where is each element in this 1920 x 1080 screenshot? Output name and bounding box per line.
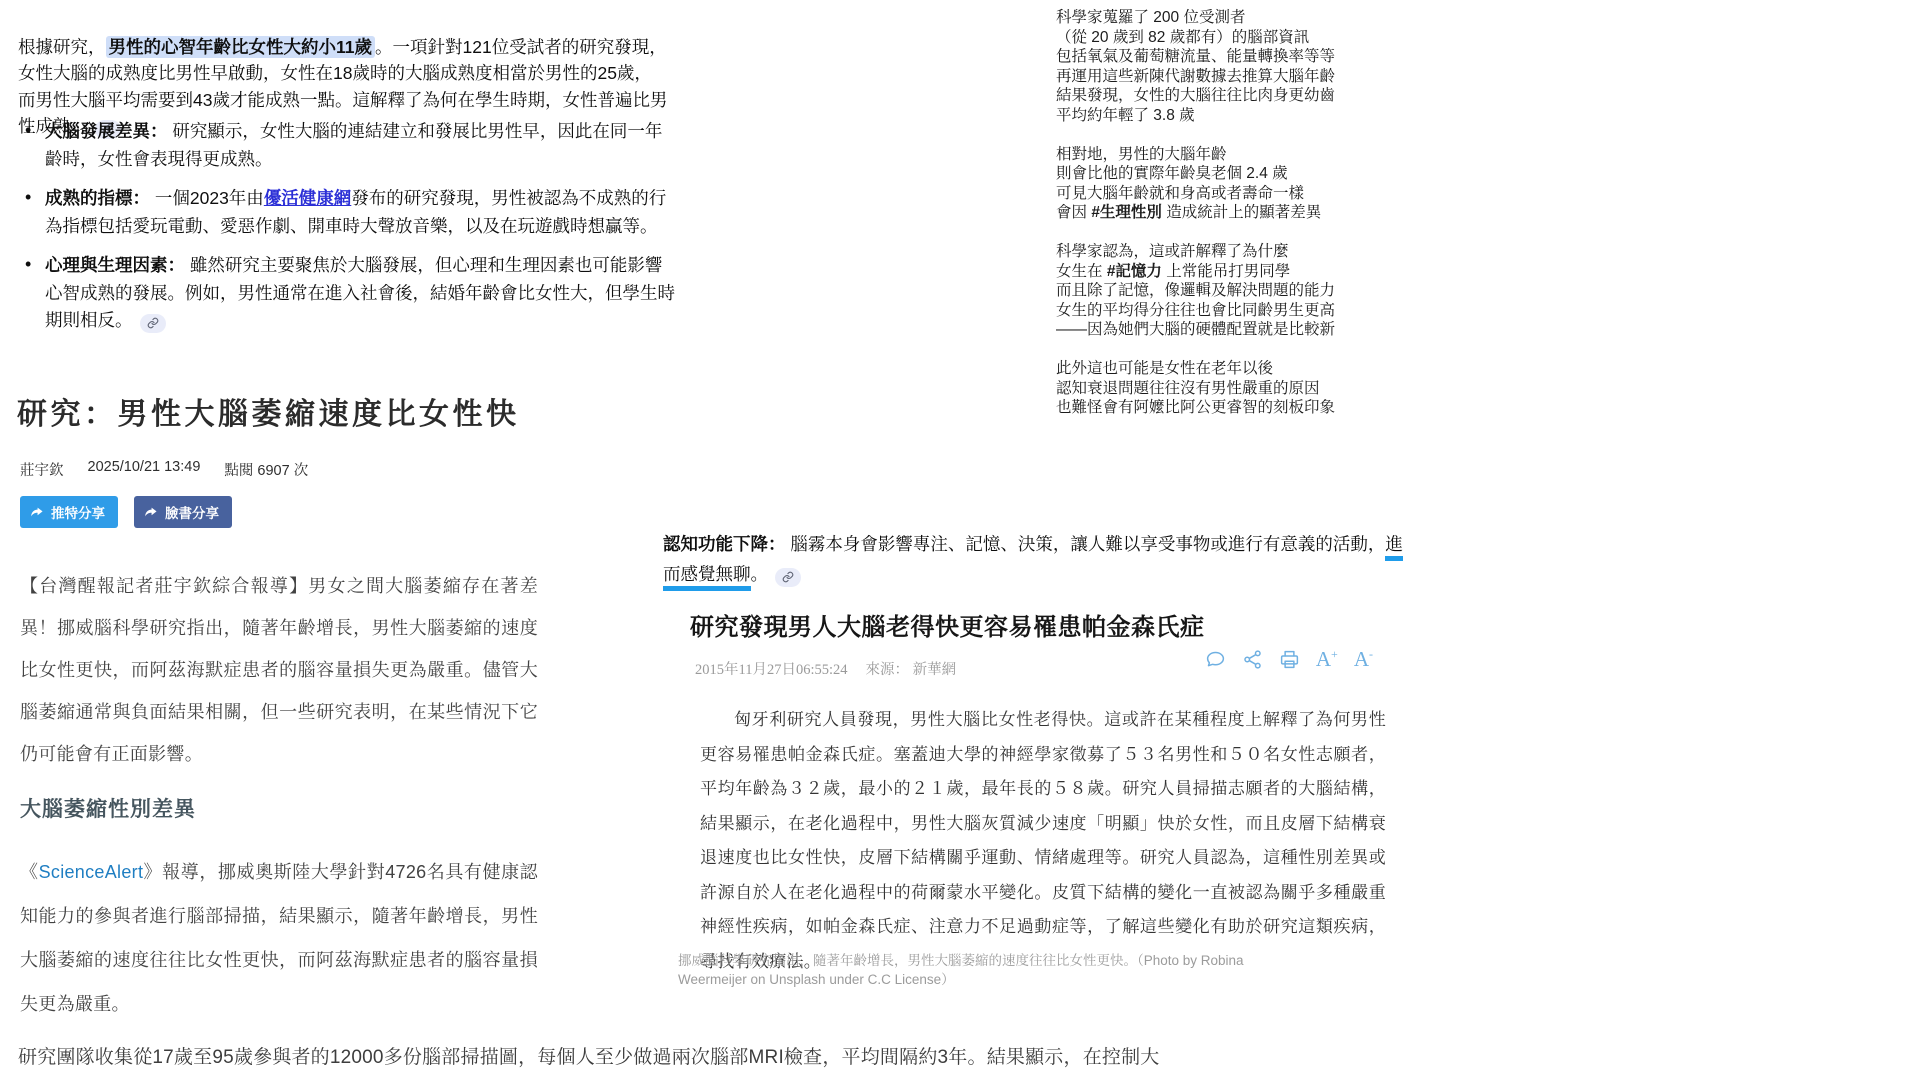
article2-toolbar: A+ A-	[1205, 648, 1373, 670]
chain-link-icon	[782, 571, 794, 583]
bullet-text-pre: 一個2023年由	[155, 188, 264, 208]
sciencealert-link[interactable]: ScienceAlert	[39, 862, 144, 882]
social-post: 科學家蒐羅了 200 位受測者（從 20 歲到 82 歲都有）的腦部資訊包括氧氣…	[1056, 8, 1416, 437]
cognition-note-title: 認知功能下降：	[663, 534, 786, 554]
article2-headline: 研究發現男人大腦老得快更容易罹患帕金森氏症	[690, 607, 1405, 642]
publish-datetime: 2025/10/21 13:49	[88, 459, 201, 480]
bracket-close: 》	[143, 862, 162, 882]
list-item: • 成熟的指標： 一個2023年由優活健康網發布的研究發現，男性被認為不成熟的行…	[18, 185, 678, 240]
bullet-dot: •	[25, 117, 31, 145]
font-increase-button[interactable]: A+	[1316, 648, 1338, 670]
article1-headline: 研究：男性大腦萎縮速度比女性快	[17, 389, 520, 433]
font-decrease-letter: A	[1354, 647, 1369, 671]
hashtag: #生理性別	[1091, 204, 1162, 221]
article1-paragraph3: 研究團隊收集從17歲至95歲參與者的12000多份腦部掃描圖，每個人至少做過兩次…	[18, 1042, 1908, 1069]
photo-caption: 挪威腦科學研究指出，隨著年齡增長，男性大腦萎縮的速度往往比女性更快。（Photo…	[678, 951, 1278, 989]
bullet-title: 大腦發展差異：	[45, 121, 168, 141]
cognition-note-body: 腦霧本身會影響專注、記憶、決策，讓人難以享受事物或進行有意義的活動，	[790, 534, 1385, 554]
post-stanza: 科學家蒐羅了 200 位受測者（從 20 歲到 82 歲都有）的腦部資訊包括氧氣…	[1056, 8, 1416, 126]
page: 根據研究，男性的心智年齡比女性大約小11歲。一項針對121位受試者的研究發現，女…	[0, 0, 1920, 1080]
article2: 研究發現男人大腦老得快更容易罹患帕金森氏症 2015年11月27日06:55:2…	[663, 601, 1405, 979]
facebook-share-button[interactable]: 臉書分享	[134, 496, 232, 528]
chat-bullet-list: • 大腦發展差異： 研究顯示，女性大腦的連結建立和發展比男性早，因此在同一年齡時…	[18, 118, 678, 347]
hashtag: #記憶力	[1107, 263, 1162, 280]
post-stanza: 相對地，男性的大腦年齡則會比他的實際年齡臭老個 2.4 歲可見大腦年齡就和身高或…	[1056, 145, 1416, 223]
article1-paragraph2: 《ScienceAlert》報導，挪威奧斯陸大學針對4726名具有健康認知能力的…	[20, 850, 538, 1026]
bullet-title: 心理與生理因素：	[45, 255, 185, 275]
citation-link-chip[interactable]	[775, 568, 801, 587]
highlighted-claim: 男性的心智年齡比女性大約小11歲	[106, 36, 376, 58]
chain-link-icon	[147, 317, 159, 329]
post-stanza: 科學家認為，這或許解釋了為什麼女生在 #記憶力 上常能吊打男同學而且除了記憶，像…	[1056, 242, 1416, 340]
font-decrease-sign: -	[1369, 647, 1373, 661]
view-count: 點閱 6907 次	[224, 459, 308, 480]
print-icon[interactable]	[1279, 649, 1300, 670]
cognition-note-period: 。	[751, 564, 769, 584]
list-item: • 大腦發展差異： 研究顯示，女性大腦的連結建立和發展比男性早，因此在同一年齡時…	[18, 118, 678, 173]
share-arrow-icon	[144, 505, 158, 519]
twitter-share-button[interactable]: 推特分享	[20, 496, 118, 528]
twitter-share-label: 推特分享	[51, 502, 105, 522]
health-site-link[interactable]: 優活健康網	[264, 188, 352, 208]
font-decrease-button[interactable]: A-	[1354, 648, 1373, 670]
article1-byline: 莊宇欽 2025/10/21 13:49 點閱 6907 次	[20, 459, 308, 480]
share-nodes-icon[interactable]	[1242, 649, 1263, 670]
list-item: • 心理與生理因素： 雖然研究主要聚焦於大腦發展，但心理和生理因素也可能影響心智…	[18, 252, 678, 335]
post-stanza: 此外這也可能是女性在老年以後認知衰退問題往往沒有男性嚴重的原因也難怪會有阿嬤比阿…	[1056, 359, 1416, 418]
bullet-dot: •	[25, 184, 31, 212]
article1-lead-paragraph: 【台灣醒報記者莊宇欽綜合報導】男女之間大腦萎縮存在著差異！挪威腦科學研究指出，隨…	[20, 565, 538, 775]
comment-icon[interactable]	[1205, 649, 1226, 670]
article2-datetime: 2015年11月27日06:55:24	[695, 658, 848, 679]
paragraph2-text: 報導，挪威奧斯陸大學針對4726名具有健康認知能力的參與者進行腦部掃描，結果顯示…	[20, 862, 538, 1014]
author-name: 莊宇欽	[20, 459, 64, 480]
cognition-note: 認知功能下降： 腦霧本身會影響專注、記憶、決策，讓人難以享受事物或進行有意義的活…	[663, 529, 1405, 589]
bullet-dot: •	[25, 251, 31, 279]
intro-prefix: 根據研究，	[18, 37, 106, 57]
article1-section-header: 大腦萎縮性別差異	[20, 793, 196, 823]
font-increase-sign: +	[1331, 647, 1338, 661]
article2-body: 匈牙利研究人員發現，男性大腦比女性老得快。這或許在某種程度上解釋了為何男性更容易…	[700, 703, 1386, 979]
article2-source: 來源： 新華網	[866, 658, 957, 679]
bracket-open: 《	[20, 862, 39, 882]
font-increase-letter: A	[1316, 647, 1331, 671]
share-button-row: 推特分享 臉書分享	[20, 496, 232, 528]
share-arrow-icon	[30, 505, 44, 519]
bullet-title: 成熟的指標：	[45, 188, 150, 208]
citation-link-chip[interactable]	[140, 314, 166, 333]
facebook-share-label: 臉書分享	[165, 502, 219, 522]
